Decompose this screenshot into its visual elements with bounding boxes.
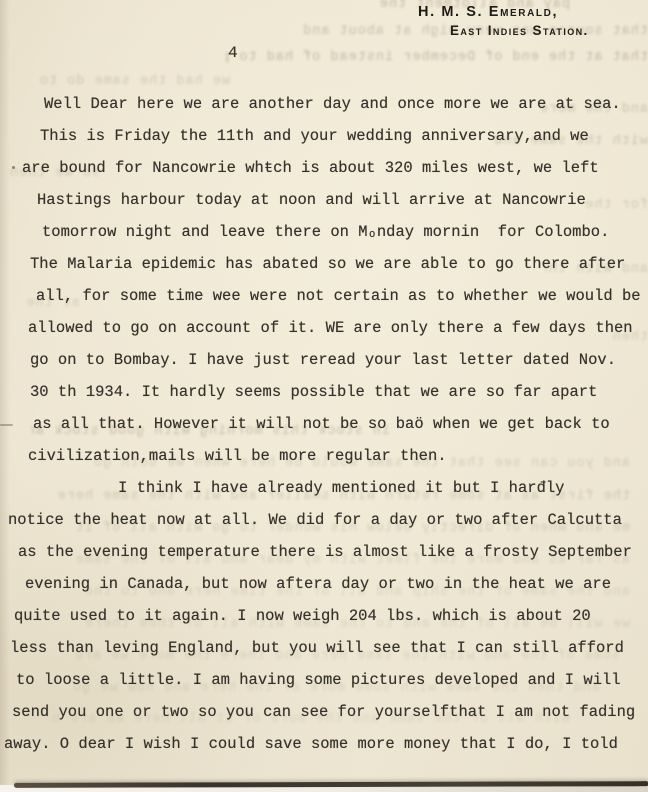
letter-line: This is Friday the 11th and your wedding… bbox=[0, 120, 648, 152]
letter-line: evening in Canada, but now aftera day or… bbox=[0, 568, 648, 600]
letter-line: are bound for Nancowrie whŧch is about 3… bbox=[0, 152, 648, 184]
letter-line: go on to Bombay. I have just reread your… bbox=[0, 344, 648, 376]
bleedthrough-line: that at the end of December instead of h… bbox=[225, 50, 648, 66]
letter-body: Well Dear here we are another day and on… bbox=[0, 88, 648, 760]
letter-line: send you one or two so you can see for y… bbox=[0, 696, 648, 728]
letter-line: Well Dear here we are another day and on… bbox=[0, 88, 648, 120]
letter-line: The Malaria epidemic has abated so we ar… bbox=[0, 248, 648, 280]
letter-line: 30 th 1934. It hardly seems possible tha… bbox=[0, 376, 648, 408]
letter-line: tomorrow night and leave there on Mₒnday… bbox=[0, 216, 648, 248]
letter-line: allowed to go on account of it. WE are o… bbox=[0, 312, 648, 344]
stray-mark-dash bbox=[0, 424, 13, 426]
letter-line: less than leving England, but you will s… bbox=[0, 632, 648, 664]
letterhead-ship-name: H. M. S. Emerald, bbox=[418, 5, 558, 19]
letter-line: quite used to it again. I now weigh 204 … bbox=[0, 600, 648, 632]
letter-line: Hastings harbour today at noon and will … bbox=[0, 184, 648, 216]
letter-line: civilization,mails will be more regular … bbox=[0, 440, 648, 472]
letter-line: I think I have already mentioned it but … bbox=[0, 472, 648, 504]
letter-line: as all that. However it will not be so b… bbox=[0, 408, 648, 440]
page-number: 4 bbox=[228, 44, 238, 62]
letterhead-station: East Indies Station. bbox=[450, 24, 589, 38]
stray-mark-dot bbox=[12, 166, 15, 169]
letter-line: away. O dear I wish I could save some mo… bbox=[0, 728, 648, 760]
letter-line: as the evening temperature there is almo… bbox=[0, 536, 648, 568]
letter-line: to loose a little. I am having some pict… bbox=[0, 664, 648, 696]
letter-line: all, for some time wee were not certain … bbox=[0, 280, 648, 312]
letter-page: pay and allotment tne that source was ve… bbox=[0, 0, 648, 792]
letter-line: notice the heat now at all. We did for a… bbox=[0, 504, 648, 536]
